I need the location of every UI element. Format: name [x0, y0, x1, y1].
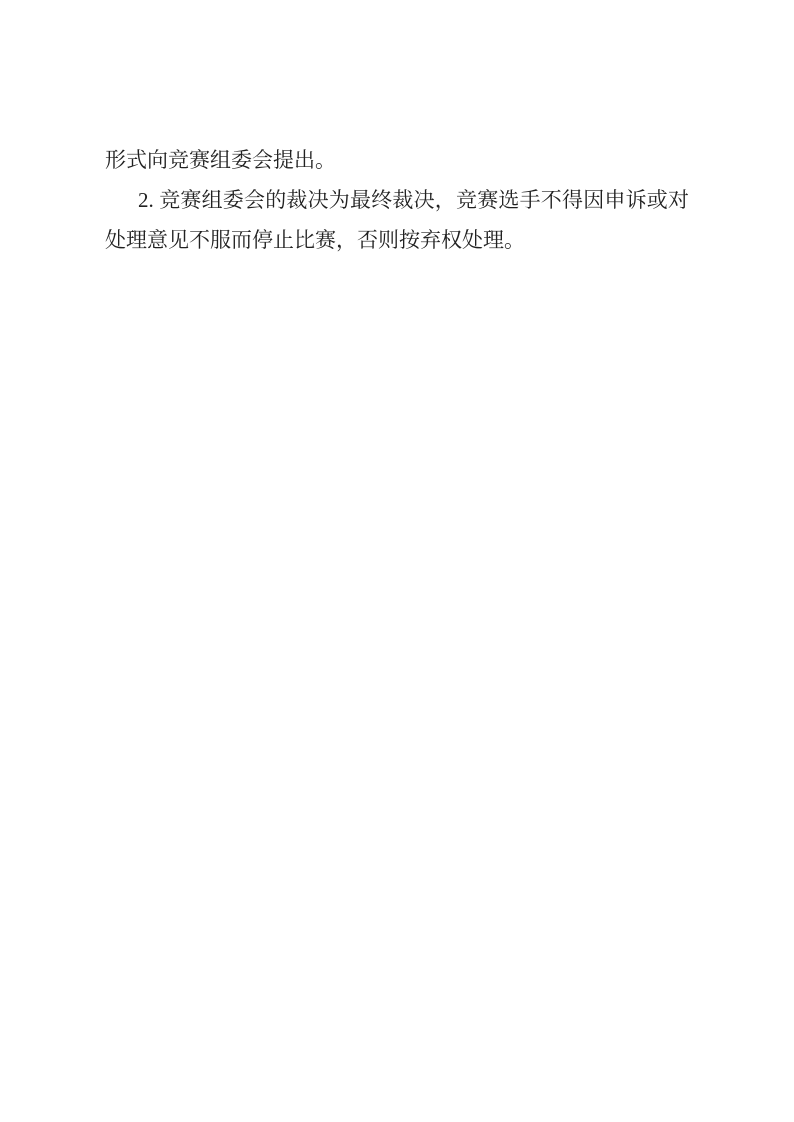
numbered-item-line-2: 处理意见不服而停止比赛，否则按弃权处理。: [105, 220, 689, 260]
numbered-item-line-1: 2. 竞赛组委会的裁决为最终裁决，竞赛选手不得因申诉或对: [105, 180, 689, 220]
paragraph-continuation-line: 形式向竞赛组委会提出。: [105, 140, 689, 180]
document-page: 形式向竞赛组委会提出。 2. 竞赛组委会的裁决为最终裁决，竞赛选手不得因申诉或对…: [0, 0, 794, 1122]
text-block: 形式向竞赛组委会提出。 2. 竞赛组委会的裁决为最终裁决，竞赛选手不得因申诉或对…: [105, 140, 689, 260]
